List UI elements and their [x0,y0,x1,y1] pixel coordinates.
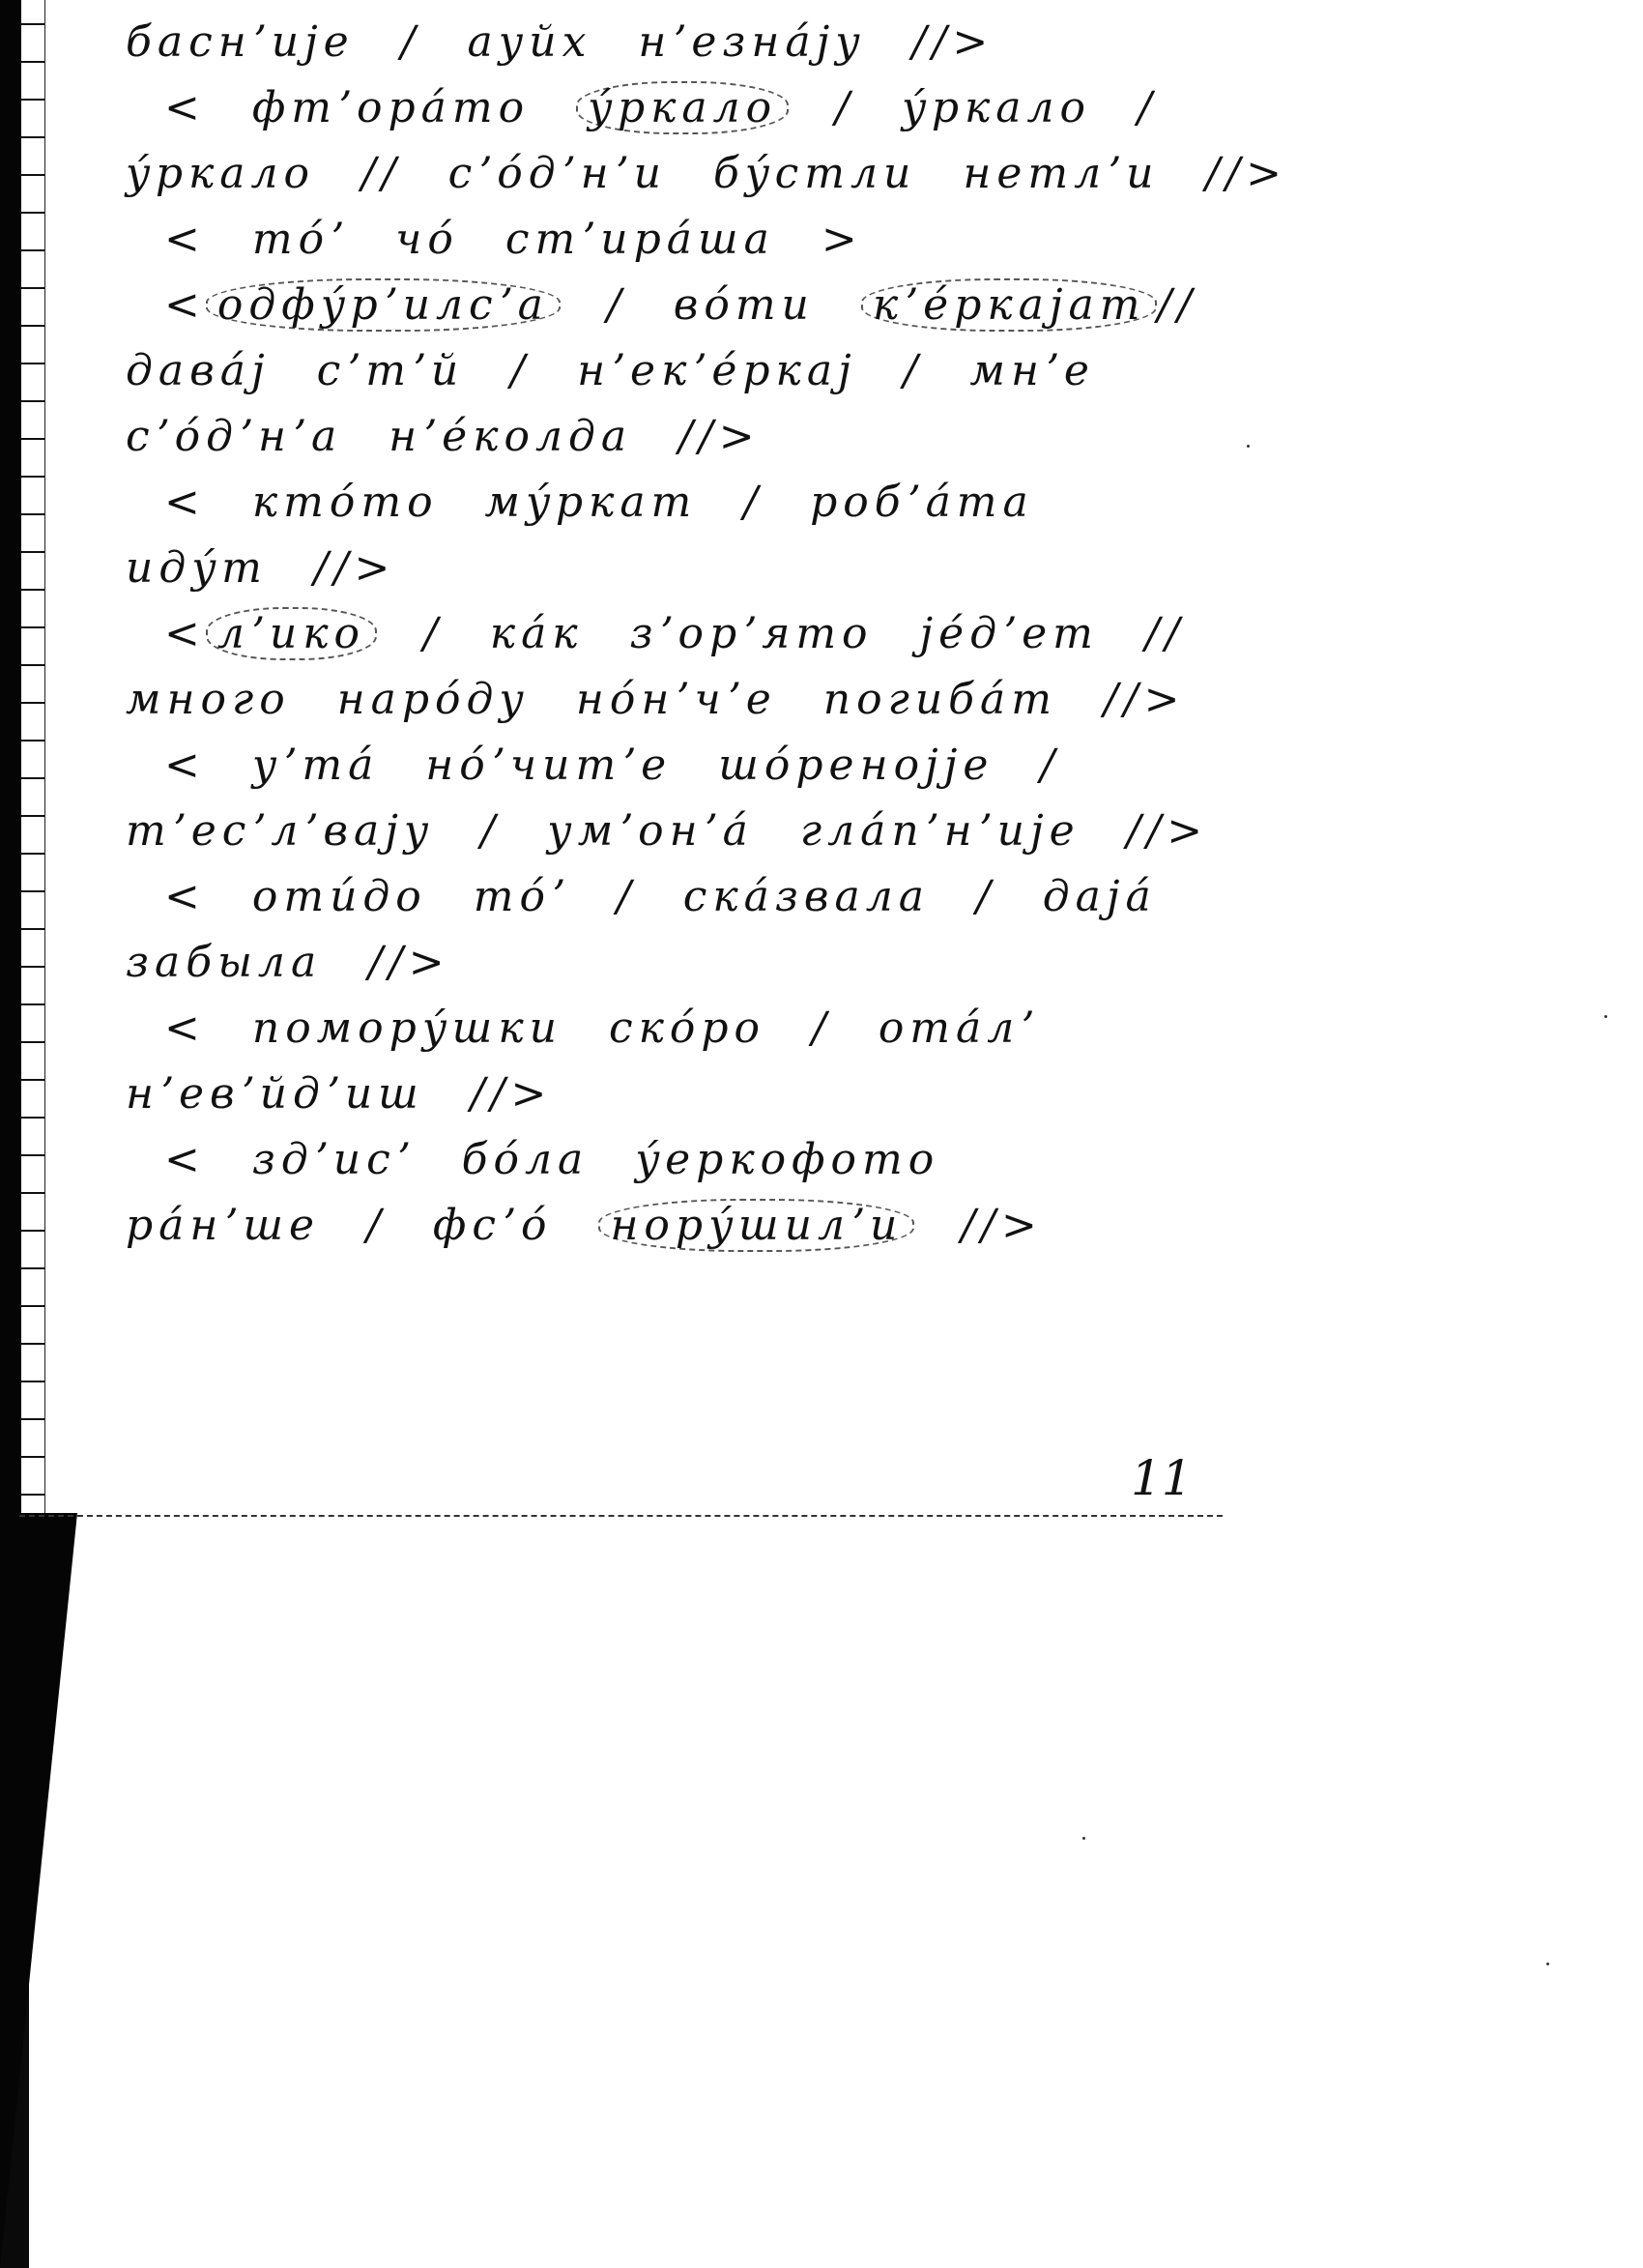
text-line-15: забыла //> [126,930,1208,996]
line-text: / кáк зʼорʼято јéдʼет // [423,609,1186,658]
text-line-2: < фтʼорáто ýркало / ýркало / [126,75,1208,141]
text-line-3: ýркало // сʼóдʼнʼи бýстли нетлʼи //> [126,141,1208,207]
notebook-grid-margin [19,0,45,1513]
text-line-9: идýт //> [126,536,1208,601]
line-text: рáнʼше / фсʼó [126,1201,552,1250]
text-line-17: нʼевʼйдʼиш //> [126,1061,1208,1127]
line-text: < [164,280,206,330]
text-line-4: < тóʼ чó стʼирáша > [126,207,1208,273]
line-text: // [1157,280,1197,330]
text-line-19: рáнʼше / фсʼó норýшилʼи //> [126,1193,1208,1259]
line-text: < тóʼ чó стʼирáша > [164,215,863,264]
page-bottom-edge [19,1515,1223,1517]
text-line-8: < кто́то мýркат / робʼáта [126,470,1208,536]
line-text: тʼесʼлʼвају / умʼонʼá глáпʼнʼије //> [126,806,1208,856]
line-text: < отúдо тóʼ / скáзвала / дајá [164,872,1157,921]
text-line-16: < поморýшки скóро / отáлʼ [126,996,1208,1061]
circled-word: одфýрʼилсʼа [206,278,561,332]
text-line-6: давáј сʼтʼй / нʼекʼéркај / мнʼе [126,338,1208,404]
notebook-binding-shadow [0,0,21,1513]
text-line-12: < уʼтá нóʼчитʼе шóренојје / [126,733,1208,799]
circled-word: норýшилʼи [598,1199,914,1252]
scan-speck [1247,445,1250,448]
circled-word: ýркало [576,81,789,134]
line-text: < поморýшки скóро / отáлʼ [164,1003,1039,1053]
circled-word: лʼико [206,607,377,660]
line-text: < здʼисʼ бóла ýеркофото [164,1135,939,1184]
text-line-5: <одфýрʼилсʼа / вóти кʼéркајат// [126,273,1208,338]
line-text: < фтʼорáто [164,83,530,132]
text-line-1: баснʼије / ауйх нʼезнáју //> [126,10,1208,75]
line-text: забыла //> [126,938,450,987]
line-text: ýркало // сʼóдʼнʼи бýстли нетлʼи //> [126,149,1287,198]
text-line-7: сʼóдʼнʼа нʼéколда //> [126,404,1208,470]
handwritten-page: баснʼије / ауйх нʼезнáју //> < фтʼорáто … [126,10,1208,1259]
line-text: много нарóду нóнʼчʼе погибáт //> [126,675,1185,724]
line-text: //> [961,1201,1043,1250]
text-line-13: тʼесʼлʼвају / умʼонʼá глáпʼнʼије //> [126,799,1208,864]
line-text: < [164,609,206,658]
scan-speck [1546,1963,1549,1965]
line-text: идýт //> [126,543,395,593]
text-line-14: < отúдо тóʼ / скáзвала / дајá [126,864,1208,930]
text-line-11: много нарóду нóнʼчʼе погибáт //> [126,667,1208,733]
scan-speck [1604,1015,1607,1018]
line-text: давáј сʼтʼй / нʼекʼéркај / мнʼе [126,346,1095,395]
line-text: сʼóдʼнʼа нʼéколда //> [126,412,761,461]
line-text: / вóти [607,280,815,330]
line-text: / ýркало / [835,83,1158,132]
page-number: 11 [1131,1450,1193,1506]
line-text: < кто́то мýркат / робʼáта [164,478,1034,527]
line-text: нʼевʼйдʼиш //> [126,1069,552,1119]
text-line-18: < здʼисʼ бóла ýеркофото [126,1127,1208,1193]
scan-speck [1082,1837,1085,1840]
line-text: баснʼије / ауйх нʼезнáју //> [126,17,994,67]
scan-edge-shadow-blob [0,1513,77,2267]
circled-word: кʼéркајат [861,278,1158,332]
line-text: < уʼтá нóʼчитʼе шóренојје / [164,741,1060,790]
text-line-10: <лʼико / кáк зʼорʼято јéдʼет // [126,601,1208,667]
